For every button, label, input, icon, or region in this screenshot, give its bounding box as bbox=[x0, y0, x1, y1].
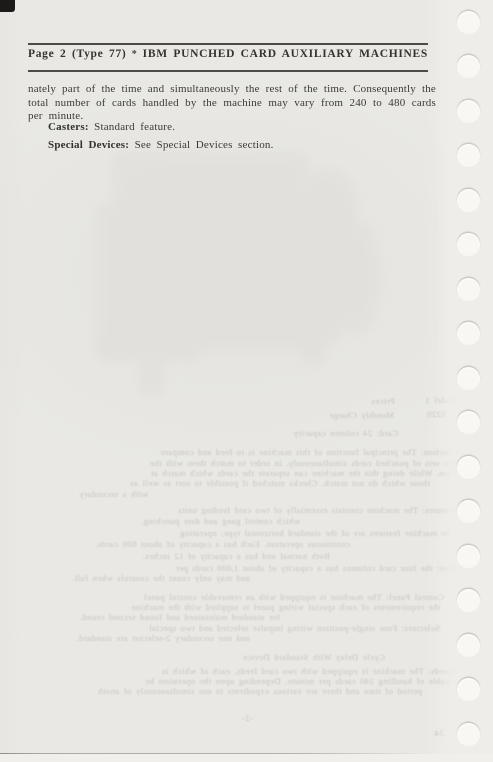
machine-right-leg-shape bbox=[303, 330, 323, 364]
punch-hole bbox=[457, 678, 480, 701]
punch-hole bbox=[457, 723, 480, 746]
showthrough-ghost-line: which control gang and date punching. bbox=[32, 516, 300, 526]
punch-hole bbox=[457, 367, 480, 390]
page-bottom-edge-area bbox=[0, 754, 493, 762]
casters-feature-line: Casters: Standard feature. bbox=[48, 121, 436, 133]
showthrough-ghost-line: with a secondary bbox=[32, 489, 148, 499]
showthrough-ghost-line: and one secondary 2-selector are standar… bbox=[32, 633, 250, 643]
special-devices-line: Special Devices: See Special Devices sec… bbox=[48, 139, 436, 151]
casters-label: Casters: bbox=[48, 121, 89, 133]
showthrough-ghost-line: Prices bbox=[372, 396, 395, 406]
showthrough-ghost-line: The machine features are of the standard… bbox=[60, 528, 456, 538]
machine-left-leg-shape bbox=[139, 358, 163, 396]
showthrough-ghost-line: Cycle Delay With Standard Devices bbox=[243, 652, 385, 662]
showthrough-ghost-line: Both normal and has a capacity of 12 inc… bbox=[95, 551, 330, 561]
showthrough-ghost-line: Selectors: Four single-position wiring i… bbox=[48, 623, 440, 633]
special-devices-label: Special Devices: bbox=[48, 139, 129, 151]
showthrough-ghost-line: period of time and there are various exp… bbox=[32, 686, 422, 696]
casters-text: Standard feature. bbox=[94, 121, 175, 133]
showthrough-ghost-line: Features: The machine consists essential… bbox=[48, 505, 458, 515]
showthrough-ghost-line: the requirements of each special wiring … bbox=[32, 602, 440, 612]
header-bottom-rule bbox=[28, 70, 428, 72]
header-top-rule bbox=[28, 43, 428, 45]
punch-hole bbox=[457, 634, 480, 657]
showthrough-ghost-line: capable of handling 240 cards per minute… bbox=[32, 676, 458, 686]
punch-hole bbox=[457, 500, 480, 523]
document-title: IBM PUNCHED CARD AUXILIARY MACHINES bbox=[143, 48, 428, 60]
showthrough-ghost-line: Monthly Charge bbox=[298, 410, 394, 420]
punch-hole bbox=[457, 100, 480, 123]
showthrough-ghost-line: Card: 24 column capacity bbox=[266, 428, 398, 438]
punch-hole bbox=[457, 11, 480, 34]
showthrough-ghost-line: and may only count the controls when ful… bbox=[32, 573, 250, 583]
showthrough-ghost-line: two sets of punched cards simultaneously… bbox=[32, 458, 458, 468]
running-header: Page 2 (Type 77) * IBM PUNCHED CARD AUXI… bbox=[28, 48, 428, 60]
punch-hole bbox=[457, 189, 480, 212]
intro-paragraph: nately part of the time and simultaneous… bbox=[28, 83, 436, 124]
showthrough-ghost-line: Note: the four card columns has a capaci… bbox=[60, 563, 458, 573]
machine-base-shape bbox=[98, 338, 198, 362]
showthrough-ghost-line: those which do not match. Checks matched… bbox=[48, 478, 430, 488]
special-devices-text: See Special Devices section. bbox=[135, 139, 274, 151]
showthrough-ghost-line: Function: The principal function of this… bbox=[32, 447, 458, 457]
machine-shoulder-shape bbox=[298, 168, 356, 232]
showthrough-ghost-line: Control Panel: The machine is equipped w… bbox=[48, 592, 444, 602]
punch-hole bbox=[457, 144, 480, 167]
showthrough-ghost-line: Speeds: The machine is equipped with two… bbox=[48, 666, 458, 676]
showthrough-ghost-line: them. While doing this the machine can s… bbox=[32, 468, 458, 478]
punch-hole bbox=[457, 456, 480, 479]
punch-hole bbox=[457, 233, 480, 256]
showthrough-ghost-line: -2- bbox=[236, 713, 253, 723]
punch-hole bbox=[457, 589, 480, 612]
scanner-corner-mark bbox=[0, 0, 15, 12]
scanned-document-page: { "document": { "header": { "page_label"… bbox=[0, 0, 493, 762]
punch-hole bbox=[457, 322, 480, 345]
punch-hole bbox=[457, 55, 480, 78]
punch-hole bbox=[457, 278, 480, 301]
punch-hole bbox=[457, 411, 480, 434]
punch-hole bbox=[457, 545, 480, 568]
header-separator-asterisk: * bbox=[132, 49, 138, 60]
page-label: Page 2 (Type 77) bbox=[28, 48, 126, 60]
showthrough-ghost-line: for standard maintained and found second… bbox=[60, 612, 280, 622]
machine-body-shape bbox=[96, 204, 352, 352]
machine-upper-unit-shape bbox=[112, 152, 308, 214]
machine-shadow-shape bbox=[338, 222, 380, 334]
showthrough-ghost-line: continuous operation. Each has a capacit… bbox=[45, 539, 350, 549]
